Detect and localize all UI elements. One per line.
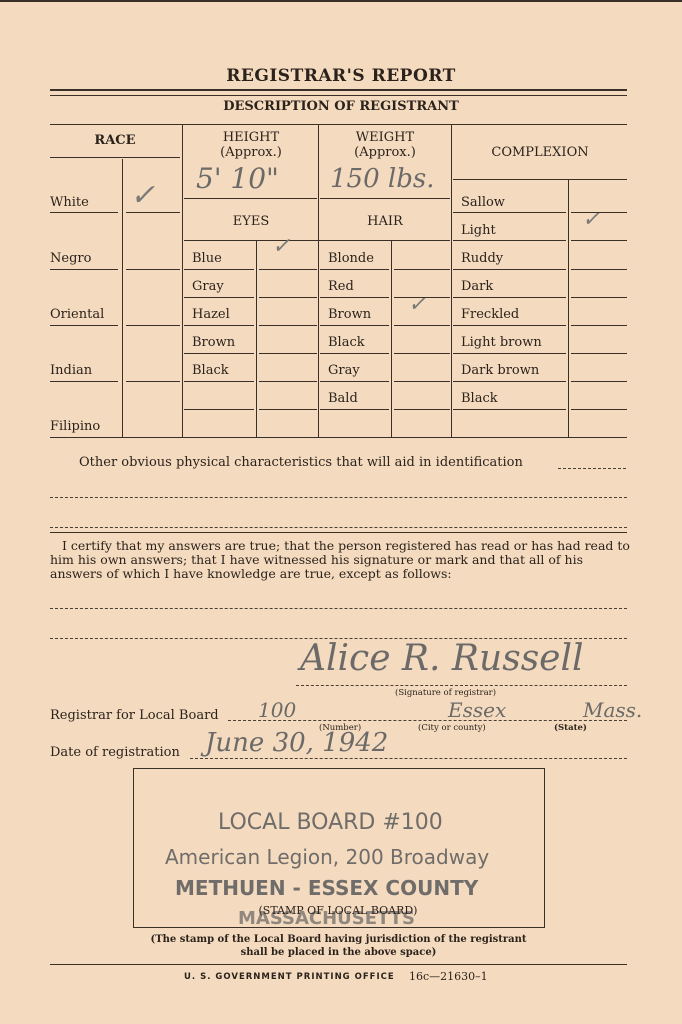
rule bbox=[50, 269, 118, 270]
other-characteristics-label: Other obvious physical characteristics t… bbox=[79, 455, 523, 470]
form-subtitle: DESCRIPTION OF REGISTRANT bbox=[0, 99, 682, 114]
stamp-note-2: shall be placed in the above space) bbox=[50, 947, 627, 958]
stamp-line-2: American Legion, 200 Broadway bbox=[165, 845, 489, 869]
race-option-white: White bbox=[50, 195, 89, 210]
certification-text: I certify that my answers are true; that… bbox=[50, 539, 630, 581]
registrar-signature[interactable]: Alice R. Russell bbox=[300, 638, 584, 679]
rule bbox=[320, 325, 389, 326]
race-option-negro: Negro bbox=[50, 251, 91, 266]
rule bbox=[320, 409, 389, 410]
printer-name: U. S. GOVERNMENT PRINTING OFFICE bbox=[184, 972, 395, 982]
other-characteristics-line-2[interactable] bbox=[50, 497, 627, 498]
rule bbox=[50, 212, 118, 213]
divider bbox=[391, 241, 392, 437]
rule bbox=[394, 381, 450, 382]
rule bbox=[571, 212, 627, 213]
rule bbox=[453, 381, 566, 382]
divider bbox=[122, 159, 123, 437]
hair-option-red: Red bbox=[328, 279, 354, 294]
rule bbox=[184, 409, 254, 410]
rule bbox=[394, 269, 450, 270]
divider bbox=[256, 241, 257, 437]
hair-option-brown: Brown bbox=[328, 307, 371, 322]
race-check-white[interactable]: ✓ bbox=[130, 178, 155, 213]
complexion-option-dark: Dark bbox=[461, 279, 493, 294]
hair-option-blonde: Blonde bbox=[328, 251, 374, 266]
stamp-line-3: METHUEN - ESSEX COUNTY bbox=[175, 876, 478, 900]
section-rule bbox=[50, 532, 627, 533]
local-board-county[interactable]: Essex bbox=[448, 698, 506, 722]
race-option-filipino: Filipino bbox=[50, 419, 100, 434]
height-value[interactable]: 5' 10" bbox=[196, 162, 279, 195]
rule bbox=[320, 198, 450, 199]
rule bbox=[453, 240, 566, 241]
divider bbox=[568, 180, 569, 437]
rule bbox=[184, 297, 254, 298]
title-double-rule bbox=[50, 89, 627, 96]
rule bbox=[259, 269, 317, 270]
rule bbox=[394, 325, 450, 326]
rule bbox=[453, 297, 566, 298]
complexion-option-light-brown: Light brown bbox=[461, 335, 542, 350]
stamp-box-caption: (STAMP OF LOCAL BOARD) bbox=[133, 904, 543, 917]
hair-option-black: Black bbox=[328, 335, 365, 350]
footer-rule bbox=[50, 964, 627, 965]
local-board-state[interactable]: Mass. bbox=[583, 698, 642, 722]
rule bbox=[394, 353, 450, 354]
eyes-option-black: Black bbox=[192, 363, 229, 378]
divider bbox=[182, 124, 183, 437]
complexion-header: COMPLEXION bbox=[453, 145, 627, 160]
stamp-line-1: LOCAL BOARD #100 bbox=[218, 810, 443, 835]
complexion-option-sallow: Sallow bbox=[461, 195, 505, 210]
rule bbox=[320, 269, 389, 270]
other-characteristics-field[interactable] bbox=[558, 468, 626, 469]
date-label: Date of registration bbox=[50, 745, 180, 760]
table-top-rule bbox=[50, 124, 627, 125]
rule bbox=[453, 212, 566, 213]
rule bbox=[50, 325, 118, 326]
divider bbox=[451, 124, 452, 437]
complexion-option-light: Light bbox=[461, 223, 496, 238]
exceptions-line-1[interactable] bbox=[50, 608, 627, 609]
rule bbox=[453, 353, 566, 354]
weight-header: WEIGHT bbox=[320, 130, 450, 145]
date-value[interactable]: June 30, 1942 bbox=[205, 728, 388, 758]
rule bbox=[453, 409, 566, 410]
weight-value[interactable]: 150 lbs. bbox=[330, 164, 434, 194]
rule bbox=[453, 179, 627, 180]
height-approx: (Approx.) bbox=[184, 145, 318, 160]
rule bbox=[184, 269, 254, 270]
complexion-option-freckled: Freckled bbox=[461, 307, 519, 322]
complexion-option-ruddy: Ruddy bbox=[461, 251, 503, 266]
rule bbox=[184, 240, 450, 241]
rule bbox=[320, 297, 389, 298]
rule bbox=[320, 381, 389, 382]
rule bbox=[571, 409, 627, 410]
rule bbox=[184, 198, 317, 199]
county-caption: (City or county) bbox=[418, 723, 486, 733]
rule bbox=[259, 353, 317, 354]
signature-caption: (Signature of registrar) bbox=[395, 688, 496, 698]
form-title: REGISTRAR'S REPORT bbox=[0, 66, 682, 86]
rule bbox=[126, 269, 180, 270]
race-header: RACE bbox=[50, 133, 180, 148]
rule bbox=[571, 353, 627, 354]
other-characteristics-line-3[interactable] bbox=[50, 527, 627, 528]
stamp-note-1: (The stamp of the Local Board having jur… bbox=[50, 934, 627, 945]
divider bbox=[318, 124, 319, 437]
height-header: HEIGHT bbox=[184, 130, 318, 145]
rule bbox=[126, 325, 180, 326]
rule bbox=[126, 381, 180, 382]
local-board-label: Registrar for Local Board bbox=[50, 708, 219, 723]
local-board-number[interactable]: 100 bbox=[258, 698, 296, 722]
hair-option-gray: Gray bbox=[328, 363, 360, 378]
eyes-option-gray: Gray bbox=[192, 279, 224, 294]
hair-check-brown[interactable]: ✓ bbox=[408, 292, 426, 317]
rule bbox=[394, 297, 450, 298]
rule bbox=[394, 409, 450, 410]
rule bbox=[571, 240, 627, 241]
rule bbox=[259, 381, 317, 382]
rule bbox=[259, 297, 317, 298]
complexion-option-black: Black bbox=[461, 391, 498, 406]
form-number: 16c—21630–1 bbox=[409, 970, 488, 983]
eyes-option-brown: Brown bbox=[192, 335, 235, 350]
eyes-header: EYES bbox=[184, 214, 318, 229]
rule bbox=[50, 157, 180, 158]
eyes-option-blue: Blue bbox=[192, 251, 222, 266]
rule bbox=[259, 325, 317, 326]
date-line bbox=[190, 758, 627, 759]
complexion-option-dark-brown: Dark brown bbox=[461, 363, 539, 378]
signature-line bbox=[296, 685, 627, 686]
hair-header: HAIR bbox=[320, 214, 450, 229]
rule bbox=[571, 297, 627, 298]
eyes-check-blue[interactable]: ✓ bbox=[272, 234, 290, 259]
complexion-check-light[interactable]: ✓ bbox=[582, 207, 600, 232]
rule bbox=[320, 353, 389, 354]
eyes-option-hazel: Hazel bbox=[192, 307, 230, 322]
rule bbox=[571, 381, 627, 382]
rule bbox=[571, 269, 627, 270]
rule bbox=[184, 325, 254, 326]
rule bbox=[184, 381, 254, 382]
rule bbox=[184, 353, 254, 354]
state-caption: (State) bbox=[554, 723, 587, 733]
rule bbox=[453, 325, 566, 326]
weight-approx: (Approx.) bbox=[320, 145, 450, 160]
table-bottom-rule bbox=[50, 437, 627, 438]
race-option-indian: Indian bbox=[50, 363, 92, 378]
rule bbox=[453, 269, 566, 270]
registrar-report-card: REGISTRAR'S REPORT DESCRIPTION OF REGIST… bbox=[0, 0, 682, 1024]
rule bbox=[126, 212, 180, 213]
rule bbox=[259, 409, 317, 410]
hair-option-bald: Bald bbox=[328, 391, 358, 406]
race-option-oriental: Oriental bbox=[50, 307, 104, 322]
rule bbox=[50, 381, 118, 382]
rule bbox=[571, 325, 627, 326]
